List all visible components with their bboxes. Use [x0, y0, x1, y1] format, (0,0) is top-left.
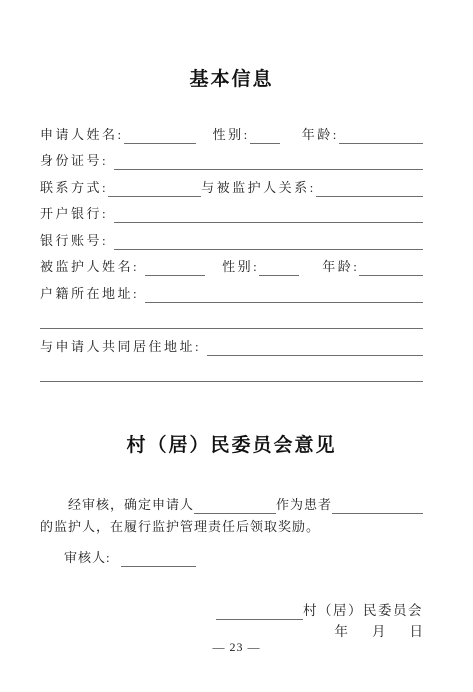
opinion-text-part2: 作为患者 — [276, 494, 332, 514]
cohabit-address-label: 与申请人共同居住地址: — [40, 336, 201, 356]
section-committee-title: 村（居）民委员会意见 — [40, 432, 423, 459]
reviewer-label: 审核人: — [64, 547, 111, 567]
day-label: 日 — [410, 620, 424, 640]
applicant-name-field — [124, 128, 196, 144]
opinion-text-part1: 经审核，确定申请人 — [68, 494, 194, 514]
applicant-blank-field — [194, 498, 276, 514]
id-number-field — [114, 154, 423, 170]
household-address-label: 户籍所在地址: — [40, 283, 139, 303]
contact-label: 联系方式: — [40, 177, 108, 197]
document-page: 基本信息 申请人姓名: 性别: 年龄: 身份证号: 联系方式: 与被监护人关系:… — [0, 0, 473, 692]
basic-info-form: 申请人姓名: 性别: 年龄: 身份证号: 联系方式: 与被监护人关系: 开户银行… — [40, 117, 423, 382]
row-household-address: 户籍所在地址: — [40, 276, 423, 303]
reviewer-row: 审核人: — [64, 540, 423, 567]
household-address-field — [145, 287, 423, 303]
page-number: — 23 — — [0, 640, 473, 655]
patient-blank-field — [332, 498, 423, 514]
committee-opinion-paragraph: 经审核，确定申请人 作为患者 的监护人，在履行监护管理责任后领取奖励。 审核人: — [40, 487, 423, 567]
cohabit-address-field-line2 — [40, 366, 423, 382]
gender-label: 性别: — [213, 124, 250, 144]
month-label: 月 — [372, 620, 386, 640]
reviewer-field — [121, 551, 196, 567]
opinion-line-2: 的监护人，在履行监护管理责任后领取奖励。 — [40, 514, 423, 541]
ward-gender-label: 性别: — [222, 256, 259, 276]
opinion-line-1: 经审核，确定申请人 作为患者 — [40, 487, 423, 514]
row-household-address-cont — [40, 303, 423, 330]
committee-name-field — [216, 604, 303, 620]
cohabit-address-field — [207, 340, 423, 356]
gender-field — [250, 128, 280, 144]
row-cohabit-address-cont — [40, 356, 423, 383]
row-id-number: 身份证号: — [40, 144, 423, 171]
ward-age-field — [359, 260, 423, 276]
row-cohabit-address: 与申请人共同居住地址: — [40, 329, 423, 356]
ward-name-field — [145, 260, 205, 276]
committee-label: 村（居）民委员会 — [303, 599, 423, 620]
applicant-name-label: 申请人姓名: — [40, 124, 124, 144]
household-address-field-line2 — [40, 313, 423, 329]
ward-age-label: 年龄: — [322, 256, 359, 276]
committee-signature-row: 村（居）民委员会 — [40, 594, 423, 621]
bank-label: 开户银行: — [40, 203, 108, 223]
ward-name-label: 被监护人姓名: — [40, 256, 139, 276]
account-field — [114, 234, 423, 250]
account-label: 银行账号: — [40, 230, 108, 250]
year-label: 年 — [335, 620, 349, 640]
row-contact: 联系方式: 与被监护人关系: — [40, 170, 423, 197]
section-basic-title: 基本信息 — [40, 66, 423, 93]
relation-label: 与被监护人关系: — [201, 177, 316, 197]
row-account: 银行账号: — [40, 223, 423, 250]
row-bank: 开户银行: — [40, 197, 423, 224]
age-label: 年龄: — [302, 124, 339, 144]
contact-field — [108, 181, 201, 197]
id-number-label: 身份证号: — [40, 150, 108, 170]
age-field — [339, 128, 423, 144]
ward-gender-field — [259, 260, 299, 276]
relation-field — [316, 181, 423, 197]
bank-field — [114, 207, 423, 223]
row-applicant: 申请人姓名: 性别: 年龄: — [40, 117, 423, 144]
row-ward: 被监护人姓名: 性别: 年龄: — [40, 250, 423, 277]
